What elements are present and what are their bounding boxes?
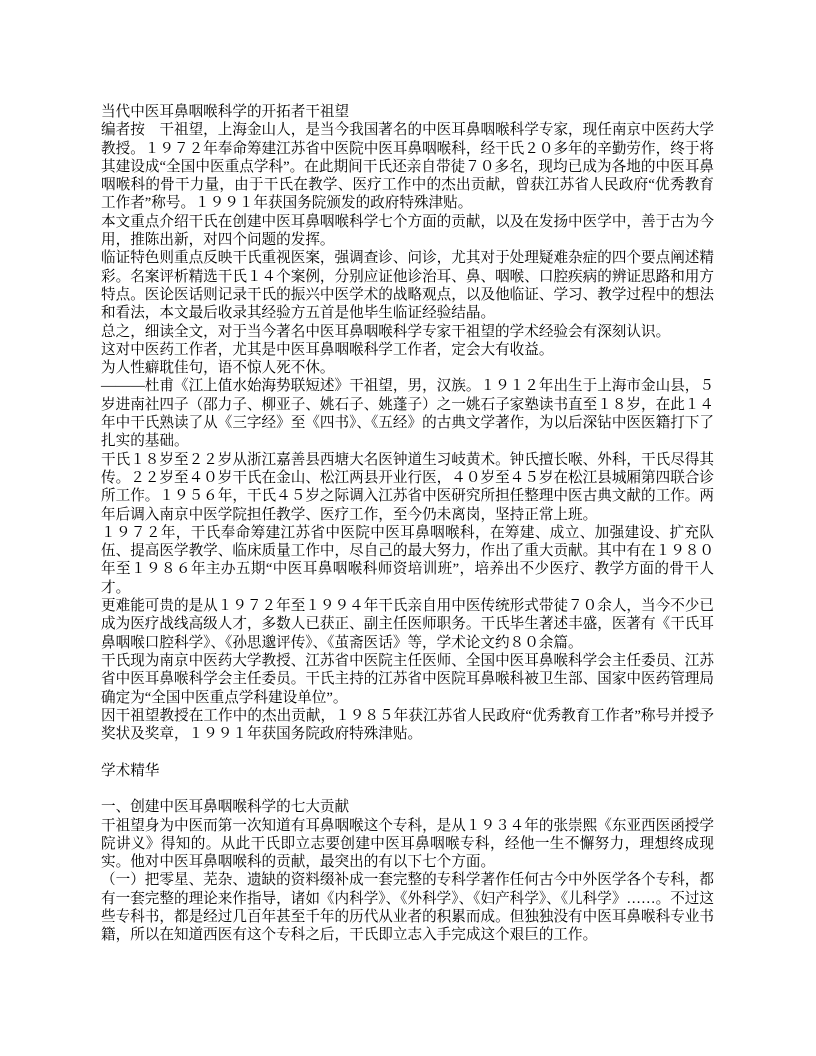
section-heading: 学术精华 xyxy=(101,762,714,780)
document-page: 当代中医耳鼻咽喉科学的开拓者干祖望 编者按 干祖望，上海金山人，是当今我国著名的… xyxy=(0,0,816,1056)
paragraph-clinical-features: 临证特色则重点反映干氏重视医案，强调查诊、问诊，尤其对于处理疑难杂症的四个要点阐… xyxy=(101,249,714,322)
paragraph-contribution-one: （一）把零星、芜杂、遗缺的资料缀补成一套完整的专科学著作任何古今中外医学各个专科… xyxy=(101,871,714,944)
paragraph-1972-department: １９７２年，干氏奉命筹建江苏省中医院中医耳鼻咽喉科，在筹建、成立、加强建设、扩充… xyxy=(101,524,714,597)
paragraph-current-positions: 干氏现为南京中医药大学教授、江苏省中医院主任医师、全国中医耳鼻喉科学会主任委员、… xyxy=(101,652,714,707)
paragraph-poem-quote: 为人性癖耽佳句，语不惊人死不休。 xyxy=(101,359,714,377)
paragraph-early-life: ———杜甫《江上值水始海势联短述》干祖望，男，汉族。１９１２年出生于上海市金山县… xyxy=(101,377,714,450)
paragraph-summary: 总之，细读全文，对于当今著名中医耳鼻咽喉科学专家干祖望的学术经验会有深刻认识。 xyxy=(101,323,714,341)
document-title: 当代中医耳鼻咽喉科学的开拓者干祖望 xyxy=(101,103,714,121)
paragraph-awards: 因干祖望教授在工作中的杰出贡献，１９８５年获江苏省人民政府“优秀教育工作者”称号… xyxy=(101,707,714,744)
paragraph-career-start: 干氏１８岁至２２岁从浙江嘉善县西塘大名医钟道生习岐黄术。钟氏擅长喉、外科，干氏尽… xyxy=(101,451,714,524)
subsection-heading: 一、创建中医耳鼻咽喉科学的七大贡献 xyxy=(101,798,714,816)
paragraph-editor-note: 编者按 干祖望，上海金山人，是当今我国著名的中医耳鼻咽喉科学专家，现任南京中医药… xyxy=(101,121,714,212)
paragraph-seven-contributions-intro: 干祖望身为中医而第一次知道有耳鼻咽喉这个专科，是从１９３４年的张崇熙《东亚西医函… xyxy=(101,817,714,872)
paragraph-apprentices-works: 更难能可贵的是从１９７２年至１９９４年干氏亲自用中医传统形式带徒７０余人，当今不… xyxy=(101,597,714,652)
paragraph-overview: 本文重点介绍干氏在创建中医耳鼻咽喉科学七个方面的贡献，以及在发扬中医学中，善于古… xyxy=(101,213,714,250)
text-block: 当代中医耳鼻咽喉科学的开拓者干祖望 编者按 干祖望，上海金山人，是当今我国著名的… xyxy=(101,103,714,945)
paragraph-benefit: 这对中医药工作者，尤其是中医耳鼻咽喉科学工作者，定会大有收益。 xyxy=(101,341,714,359)
